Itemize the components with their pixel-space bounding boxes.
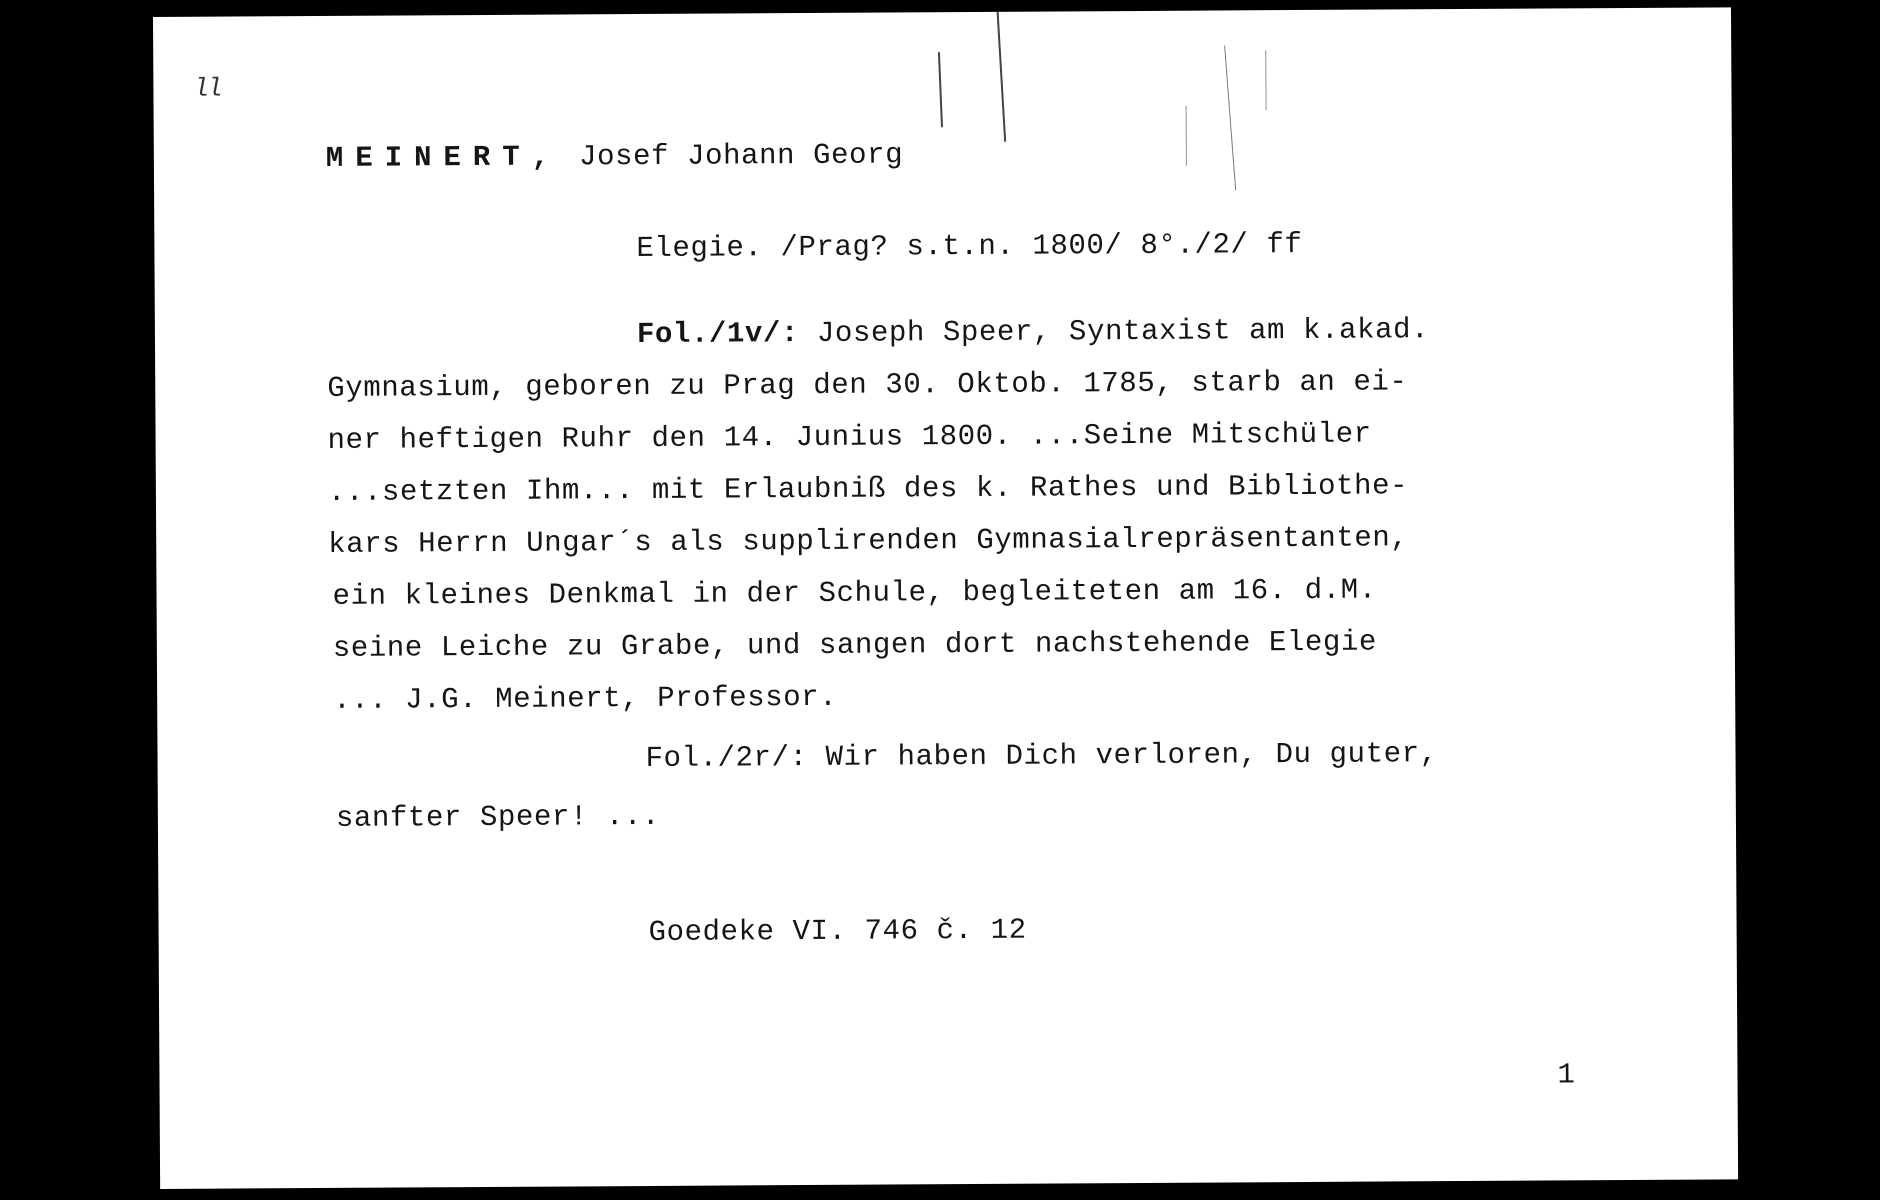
scan-scratch: [938, 52, 943, 127]
folio-1v-line: ein kleines Denkmal in der Schule, begle…: [332, 574, 1376, 614]
scan-scratch: [1186, 106, 1187, 166]
folio-1v-line: seine Leiche zu Grabe, und sangen dort n…: [333, 626, 1377, 666]
folio-1v-line: ner heftigen Ruhr den 14. Junius 1800. .…: [327, 418, 1371, 458]
folio-2r-first-line: Fol./2r/: Wir haben Dich verloren, Du gu…: [645, 737, 1437, 776]
page-number: 1: [1557, 1058, 1575, 1092]
author-heading: MEINERT, Josef Johann Georg: [326, 138, 903, 176]
folio-1v-line: Gymnasium, geboren zu Prag den 30. Oktob…: [327, 365, 1407, 406]
margin-mark: ll: [193, 72, 220, 106]
scan-scratch: [997, 12, 1007, 142]
folio-2r-label: Fol./2r/:: [645, 741, 807, 775]
folio-1v-line: ...setzten Ihm... mit Erlaubniß des k. R…: [328, 469, 1408, 510]
bibliographic-reference: Goedeke VI. 746 č. 12: [649, 914, 1027, 950]
scan-scratch: [1224, 46, 1236, 191]
author-surname: MEINERT,: [326, 141, 561, 175]
folio-1v-label: Fol./1v/:: [637, 317, 799, 351]
author-given-names: Josef Johann Georg: [561, 138, 903, 173]
folio-1v-first-line: Fol./1v/: Joseph Speer, Syntaxist am k.a…: [637, 313, 1429, 352]
title-line: Elegie. /Prag? s.t.n. 1800/ 8°./2/ ff: [636, 228, 1302, 266]
catalog-card: ll MEINERT, Josef Johann Georg Elegie. /…: [153, 7, 1738, 1189]
folio-1v-line: kars Herrn Ungar´s als supplirenden Gymn…: [328, 521, 1408, 562]
folio-1v-line: ... J.G. Meinert, Professor.: [333, 681, 837, 718]
scan-scratch: [1265, 50, 1266, 110]
folio-2r-line: sanfter Speer! ...: [336, 800, 660, 836]
